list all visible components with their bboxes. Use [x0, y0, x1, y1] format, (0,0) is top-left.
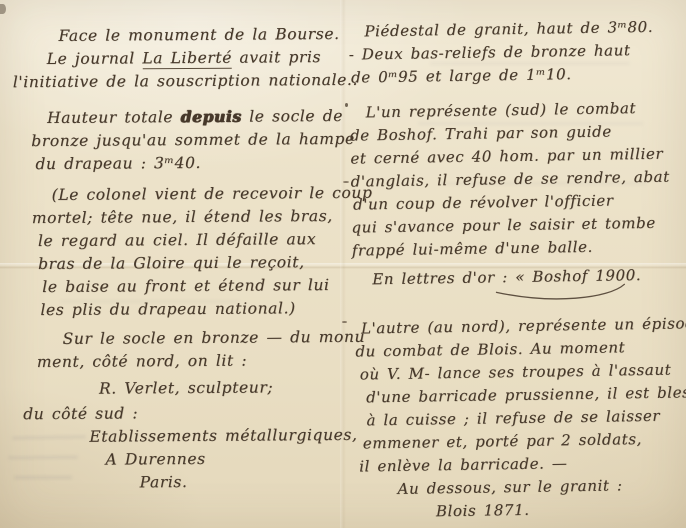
handwritten-line: Etablissements métallurgiques, [33, 424, 345, 449]
handwritten-line: l'initiative de la souscription national… [13, 69, 343, 94]
handwritten-line: du drapeau : 3ᵐ40. [31, 151, 343, 176]
handwritten-line: bras de la Gloire qui le reçoit, [32, 251, 344, 276]
handwritten-line: bronze jusqu'au sommet de la hampe [31, 128, 343, 153]
ink-speck [345, 103, 348, 107]
handwritten-line: ment, côté nord, on lit : [33, 349, 345, 374]
line-text: le socle de [242, 107, 343, 126]
handwritten-line: Le journal La Liberté avait pris [31, 46, 343, 71]
handwritten-line: mortel; tête nue, il étend les bras, [32, 205, 344, 230]
underlined-journal-name: La Liberté [142, 49, 232, 70]
handwritten-line: du côté sud : [23, 401, 345, 426]
handwritten-line: le baise au front et étend sur lui [32, 274, 344, 299]
handwritten-line: (Le colonel vient de recevoir le coup [32, 182, 344, 207]
letter-sheet: Face le monument de la Bourse. Le journa… [0, 0, 686, 528]
ink-flourish [490, 281, 630, 305]
handwritten-line: A Durennes [33, 447, 345, 472]
handwritten-line: les plis du drapeau national.) [32, 297, 344, 322]
handwritten-line: R. Verlet, sculpteur; [33, 376, 345, 401]
overwritten-word: depuis [181, 107, 242, 126]
handwritten-line: Face le monument de la Bourse. [30, 23, 342, 48]
right-page-column: Piédestal de granit, haut de 3ᵐ80. - Deu… [348, 0, 686, 525]
handwritten-line: Sur le socle en bronze — du monu [33, 326, 345, 351]
handwritten-line: Hauteur totale depuis le socle de [31, 104, 343, 130]
line-text: Hauteur totale [47, 108, 181, 127]
handwritten-line: Paris. [34, 470, 346, 495]
line-text: avait pris [232, 48, 321, 67]
line-text: Le journal [47, 49, 143, 68]
handwritten-line: frappé lui-même d'une balle. [352, 234, 682, 262]
left-page-column: Face le monument de la Bourse. Le journa… [30, 0, 345, 495]
handwritten-line: le regard au ciel. Il défaille aux [32, 228, 344, 253]
scan-edge-mark [0, 4, 6, 14]
handwritten-line: de 0ᵐ95 et large de 1ᵐ10. [349, 61, 679, 89]
